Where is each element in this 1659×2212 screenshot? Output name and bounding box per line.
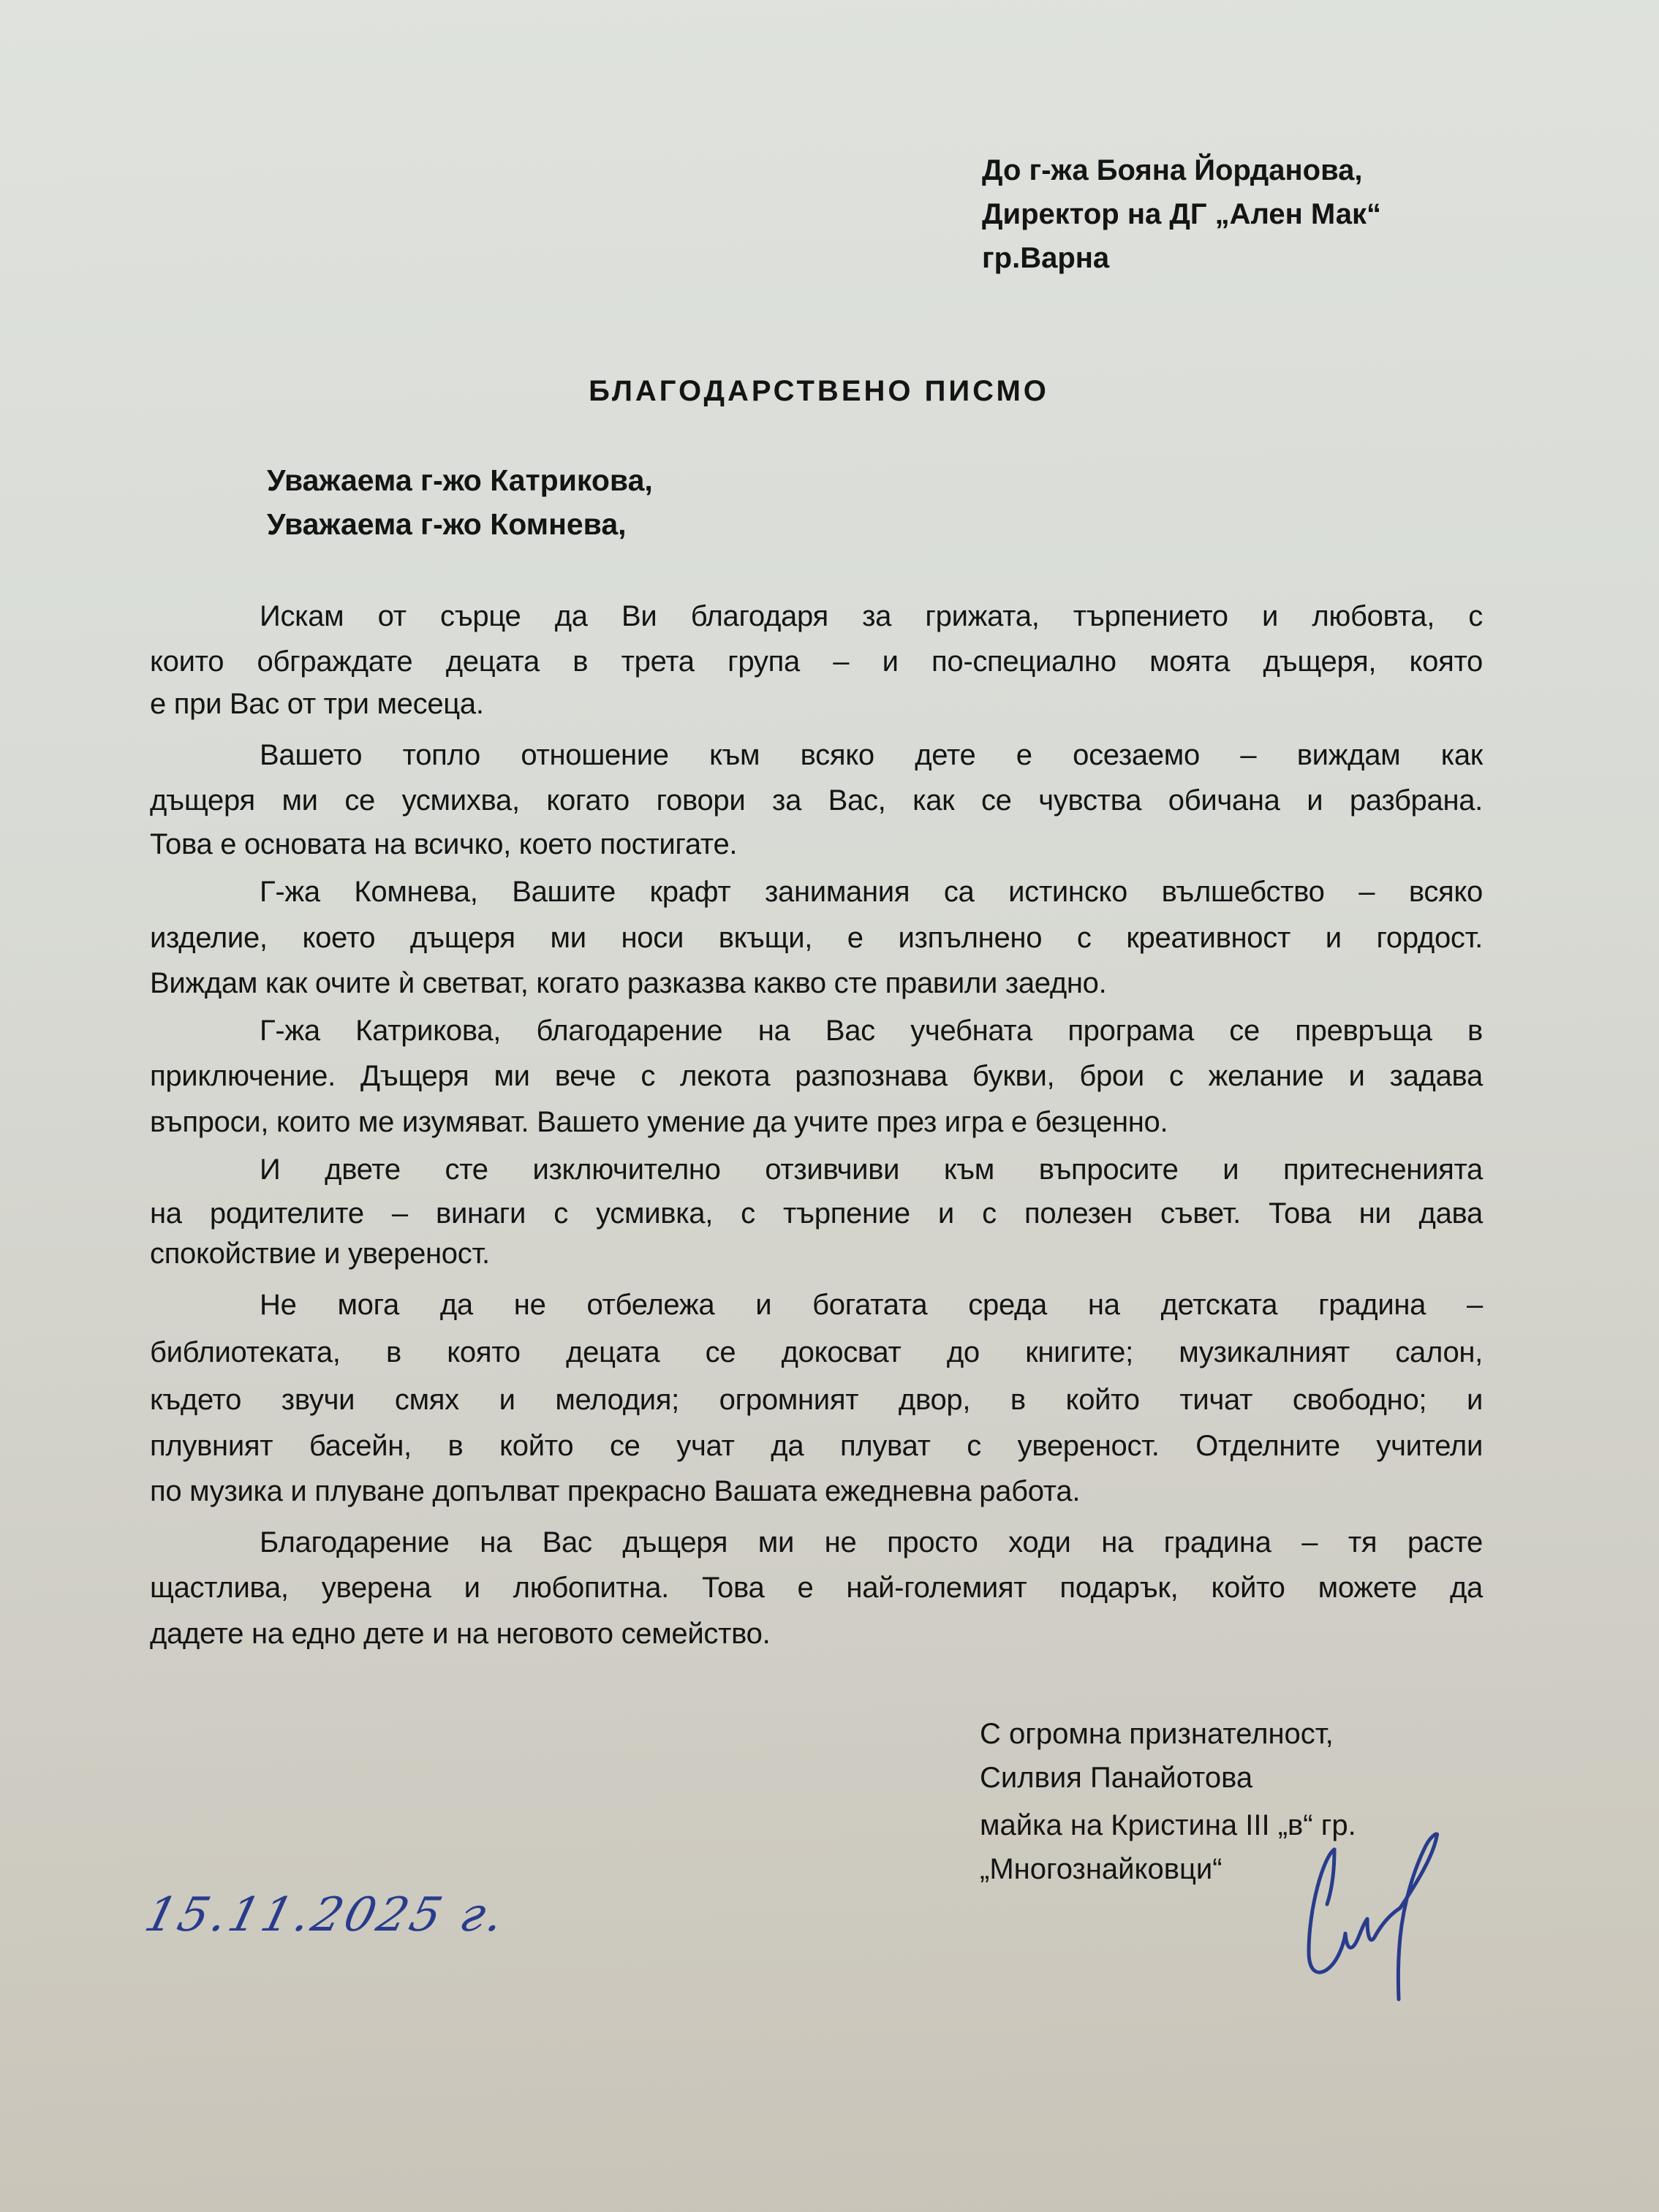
body-line: щастлива, уверена и любопитна. Това е на… (150, 1573, 1483, 1602)
body-line: въпроси, които ме изумяват. Вашето умени… (150, 1107, 1483, 1137)
body-line: дадете на едно дете и на неговото семейс… (150, 1619, 1483, 1648)
body-line: И двете сте изключително отзивчиви към в… (260, 1155, 1483, 1184)
handwritten-date: 15.11.2025 г. (140, 1892, 511, 1939)
signature-icon (1294, 1827, 1470, 2003)
body-line: изделие, което дъщеря ми носи вкъщи, е и… (150, 923, 1483, 952)
body-line: където звучи смях и мелодия; огромният д… (150, 1385, 1483, 1414)
body-line: е при Вас от три месеца. (150, 689, 1483, 719)
body-line: Благодарение на Вас дъщеря ми не просто … (260, 1528, 1483, 1557)
closing-line: С огромна признателност, (980, 1719, 1334, 1749)
body-line: Вашето топло отношение към всяко дете е … (260, 741, 1483, 770)
body-line: спокойствие и увереност. (150, 1239, 1483, 1268)
closing-line: „Многознайковци“ (980, 1855, 1222, 1884)
body-line: Г-жа Комнева, Вашите крафт занимания са … (260, 877, 1483, 906)
addressee-line: Директор на ДГ „Ален Мак“ (982, 200, 1381, 229)
body-line: Г-жа Катрикова, благодарение на Вас учеб… (260, 1016, 1483, 1045)
body-line: приключение. Дъщеря ми вече с лекота раз… (150, 1061, 1483, 1091)
body-line: плувният басейн, в който се учат да плув… (150, 1431, 1483, 1461)
letter-page: До г-жа Бояна Йорданова, Директор на ДГ … (0, 0, 1659, 2212)
addressee-line: гр.Варна (982, 243, 1109, 273)
body-line: Искам от сърце да Ви благодаря за грижат… (260, 602, 1483, 631)
letter-title: БЛАГОДАРСТВЕНО ПИСМО (0, 376, 1638, 406)
salutation-line: Уважаема г-жо Катрикова, (267, 466, 653, 496)
salutation-line: Уважаема г-жо Комнева, (267, 510, 627, 539)
body-line: Не мога да не отбележа и богатата среда … (260, 1290, 1483, 1319)
body-line: Това е основата на всичко, което постига… (150, 830, 1483, 859)
body-line: които обграждате децата в трета група – … (150, 647, 1483, 676)
body-line: дъщеря ми се усмихва, когато говори за В… (150, 786, 1483, 815)
body-line: на родителите – винаги с усмивка, с търп… (150, 1199, 1483, 1228)
addressee-line: До г-жа Бояна Йорданова, (982, 156, 1363, 185)
body-line: по музика и плуване допълват прекрасно В… (150, 1477, 1483, 1506)
body-line: Виждам как очите ѝ светват, когато разка… (150, 969, 1483, 998)
closing-line: Силвия Панайотова (980, 1763, 1252, 1792)
body-line: библиотеката, в която децата се докосват… (150, 1338, 1483, 1367)
